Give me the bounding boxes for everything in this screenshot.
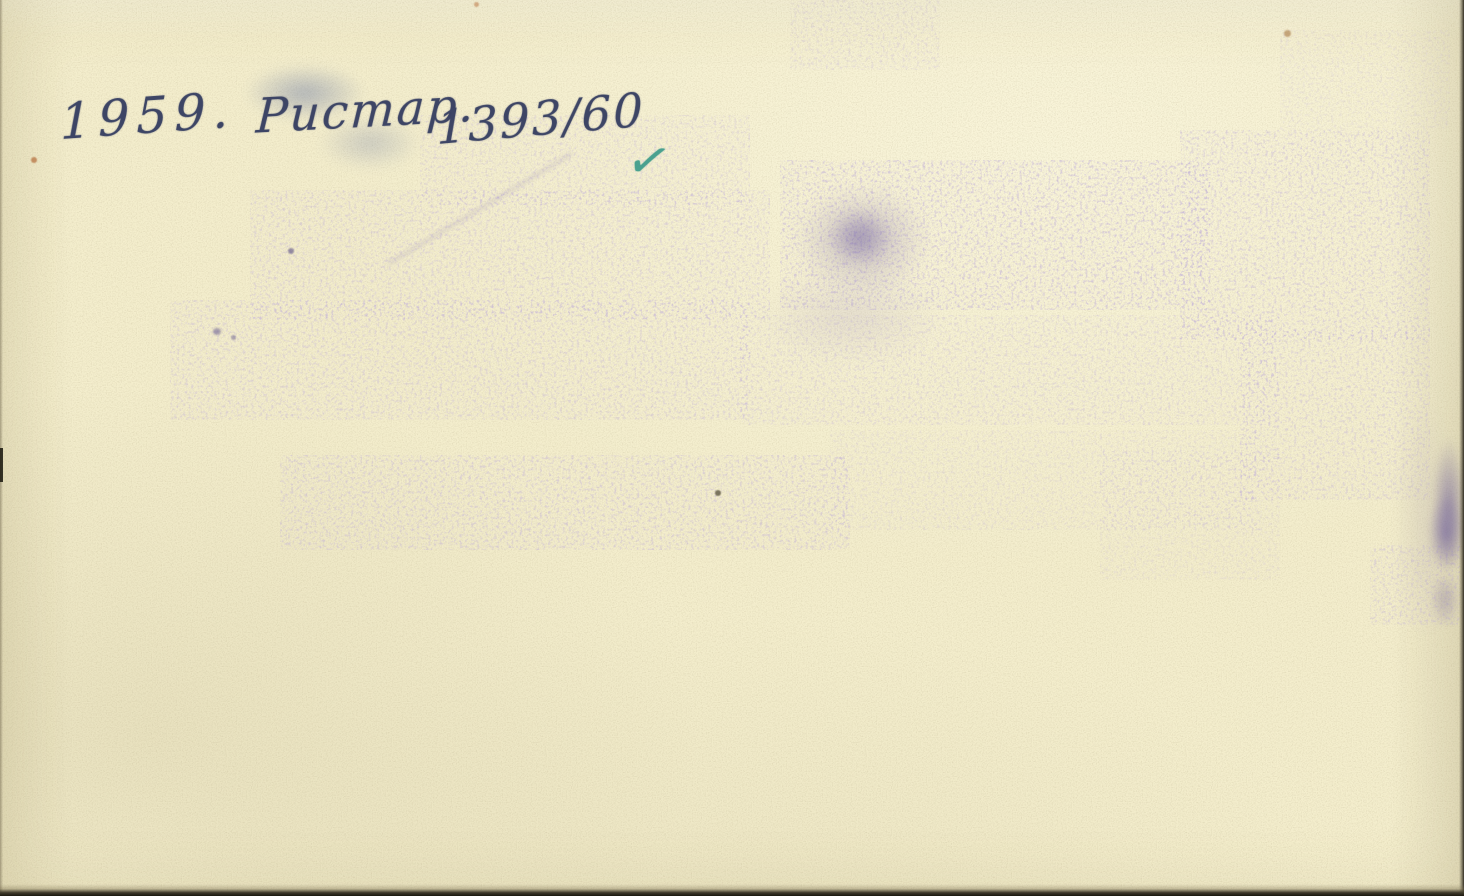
- scanned-index-card: 1959. Ристар. 1393/60 ✓: [0, 0, 1464, 896]
- left-edge-mark: [0, 448, 3, 482]
- card-bottom-edge-shadow: [0, 884, 1464, 896]
- annotation-year: 1959.: [60, 86, 235, 147]
- card-right-edge-shadow: [1459, 0, 1464, 896]
